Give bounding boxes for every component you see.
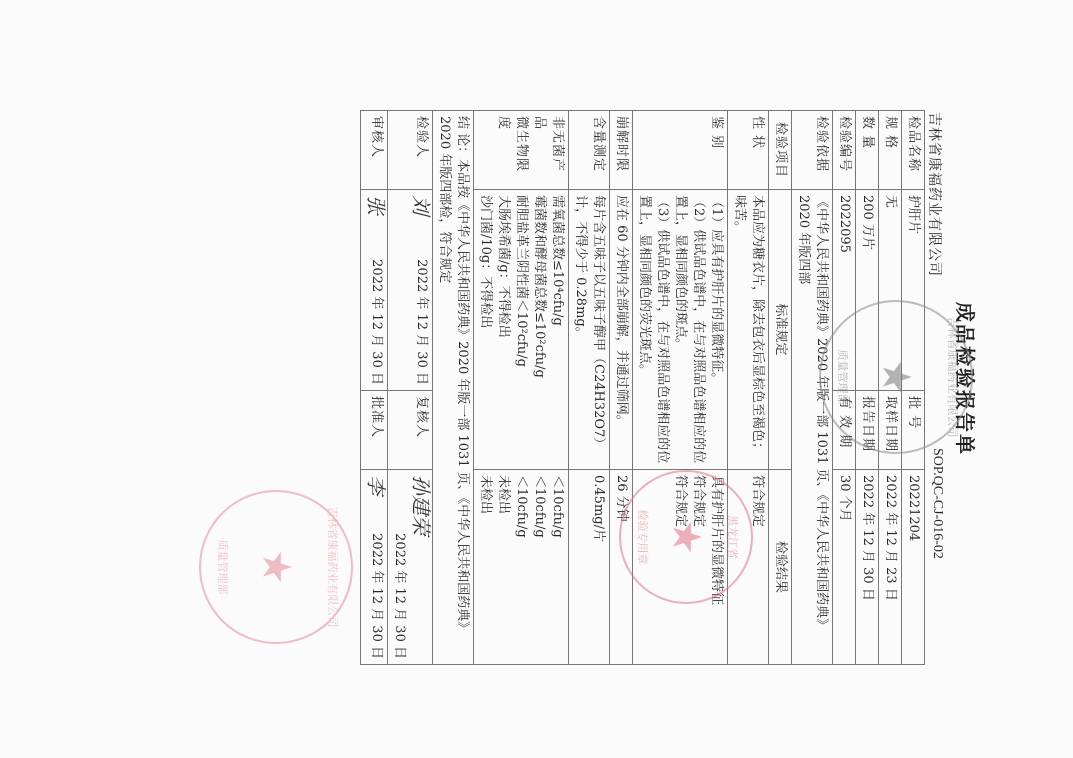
stamp-text: 质量管理部 xyxy=(835,302,851,452)
company-red-stamp: 吉林省康福药业有限公司 ★ 质量管理部 xyxy=(199,490,353,644)
test-item: 非无菌产品 微生物限度 xyxy=(474,111,569,190)
approver-label: 批准人 xyxy=(361,391,388,470)
test-item: 鉴 别 xyxy=(633,111,728,190)
reviewer-label: 审核人 xyxy=(361,111,388,190)
inspector-label: 检验人 xyxy=(388,111,433,190)
header-item: 检验项目 xyxy=(769,111,792,190)
spec-label: 规 格 xyxy=(879,111,902,190)
rechecker-label: 复核人 xyxy=(388,391,433,470)
test-standard: 需氧菌总数≤10⁴cfu/g 霉菌数和酵母菌总数≤10²cfu/g 耐胆盐革兰阴… xyxy=(474,190,569,470)
test-no-label: 检验编号 xyxy=(833,111,856,190)
batch-number: 20221204 xyxy=(902,470,925,665)
test-item: 崩解时限 xyxy=(610,111,633,190)
document-number: SOP.QC-CJ-016-02 xyxy=(929,448,945,559)
approver-sig: 李 xyxy=(364,475,388,495)
conclusion-label: 结 论： xyxy=(455,116,470,159)
star-icon: ★ xyxy=(256,549,296,585)
quantity-label: 数 量 xyxy=(856,111,879,190)
signature-row: 检验人 刘 2022 年 12 月 30 日 复核人 孙建荣 2022 年 12… xyxy=(388,111,433,665)
inspection-red-stamp: 黑龙江省 ★ 检验专用章 xyxy=(619,470,753,604)
rechecker-date: 2022 年 12 月 30 日 xyxy=(390,533,408,659)
reviewer-sig: 张 xyxy=(364,195,388,215)
test-standard: （1）应具有护肝片的显微特征。 （2）供试品色谱中，在与对照品色谱相应的位置上，… xyxy=(633,190,728,470)
inspector-date: 2022 年 12 月 30 日 xyxy=(412,259,430,385)
test-item: 性 状 xyxy=(728,111,769,190)
conclusion-text: 本品按《中华人民共和国药典》2020 年版一部 1031 页、《中华人民共和国药… xyxy=(437,116,470,634)
test-result: 0.45mg/片 xyxy=(569,470,610,665)
conclusion-row: 结 论：本品按《中华人民共和国药典》2020 年版一部 1031 页、《中华人民… xyxy=(433,111,474,665)
basis-label: 检验依据 xyxy=(792,111,833,190)
table-header-row: 检验项目 标准规定 检验结果 xyxy=(769,111,792,665)
rechecker-sig: 孙建荣 xyxy=(409,475,433,535)
test-standard: 应在 60 分钟内全部崩解，并通过筛网。 xyxy=(610,190,633,470)
header-standard: 标准规定 xyxy=(769,190,792,470)
qa-department-stamp: 吉林省康福药业有限公司 ★ 质量管理部 xyxy=(819,300,973,454)
stamp-text: 检验专用章 xyxy=(635,472,651,602)
sampling-date: 2022 年 12 月 23 日 xyxy=(879,470,902,665)
test-row: 崩解时限 应在 60 分钟内全部崩解，并通过筛网。 26 分钟 xyxy=(610,111,633,665)
rechecker-signature: 孙建荣 2022 年 12 月 30 日 xyxy=(388,470,433,665)
test-row: 非无菌产品 微生物限度 需氧菌总数≤10⁴cfu/g 霉菌数和酵母菌总数≤10²… xyxy=(474,111,569,665)
stamp-text: 黑龙江省 xyxy=(725,472,741,602)
test-item: 含量测定 xyxy=(569,111,610,190)
inspector-signature: 刘 2022 年 12 月 30 日 xyxy=(388,190,433,391)
validity-value: 30 个月 xyxy=(833,470,856,665)
report-date: 2022 年 12 月 30 日 xyxy=(856,470,879,665)
inspection-report-page: 成品检验报告单 吉林省康福药业有限公司 SOP.QC-CJ-016-02 检品名… xyxy=(0,0,1073,758)
test-row: 含量测定 每片含五味子以五味子醇甲（C24H32O7）计，不得少于 0.28mg… xyxy=(569,111,610,665)
stamp-text: 吉林省康福药业有限公司 xyxy=(945,302,961,452)
star-icon: ★ xyxy=(876,359,916,395)
reviewer-date: 2022 年 12 月 30 日 xyxy=(367,259,385,385)
product-name-label: 检品名称 xyxy=(902,111,925,190)
approver-date: 2022 年 12 月 30 日 xyxy=(367,533,385,659)
basis-value: 《中华人民共和国药典》2020 年版一部 1031 页、《中华人民共和国药典》2… xyxy=(792,190,833,665)
test-result: ＜10cfu/g ＜10cfu/g ＜10cfu/g 未检出 未检出 xyxy=(474,470,569,665)
test-standard: 每片含五味子以五味子醇甲（C24H32O7）计，不得少于 0.28mg。 xyxy=(569,190,610,470)
stamp-text: 质量管理部 xyxy=(215,492,231,642)
star-icon: ★ xyxy=(666,519,706,555)
company-name: 吉林省康福药业有限公司 xyxy=(925,112,945,277)
test-standard: 本品应为糖衣片，除去包衣后显棕色至褐色；味苦。 xyxy=(728,190,769,470)
signature-row: 审核人 张 2022 年 12 月 30 日 批准人 李 2022 年 12 月… xyxy=(361,111,388,665)
inspector-sig: 刘 xyxy=(409,195,433,215)
approver-signature: 李 2022 年 12 月 30 日 xyxy=(361,470,388,665)
reviewer-signature: 张 2022 年 12 月 30 日 xyxy=(361,190,388,391)
header-result: 检验结果 xyxy=(769,470,792,665)
conclusion: 结 论：本品按《中华人民共和国药典》2020 年版一部 1031 页、《中华人民… xyxy=(433,111,474,665)
stamp-text: 吉林省康福药业有限公司 xyxy=(325,492,341,642)
